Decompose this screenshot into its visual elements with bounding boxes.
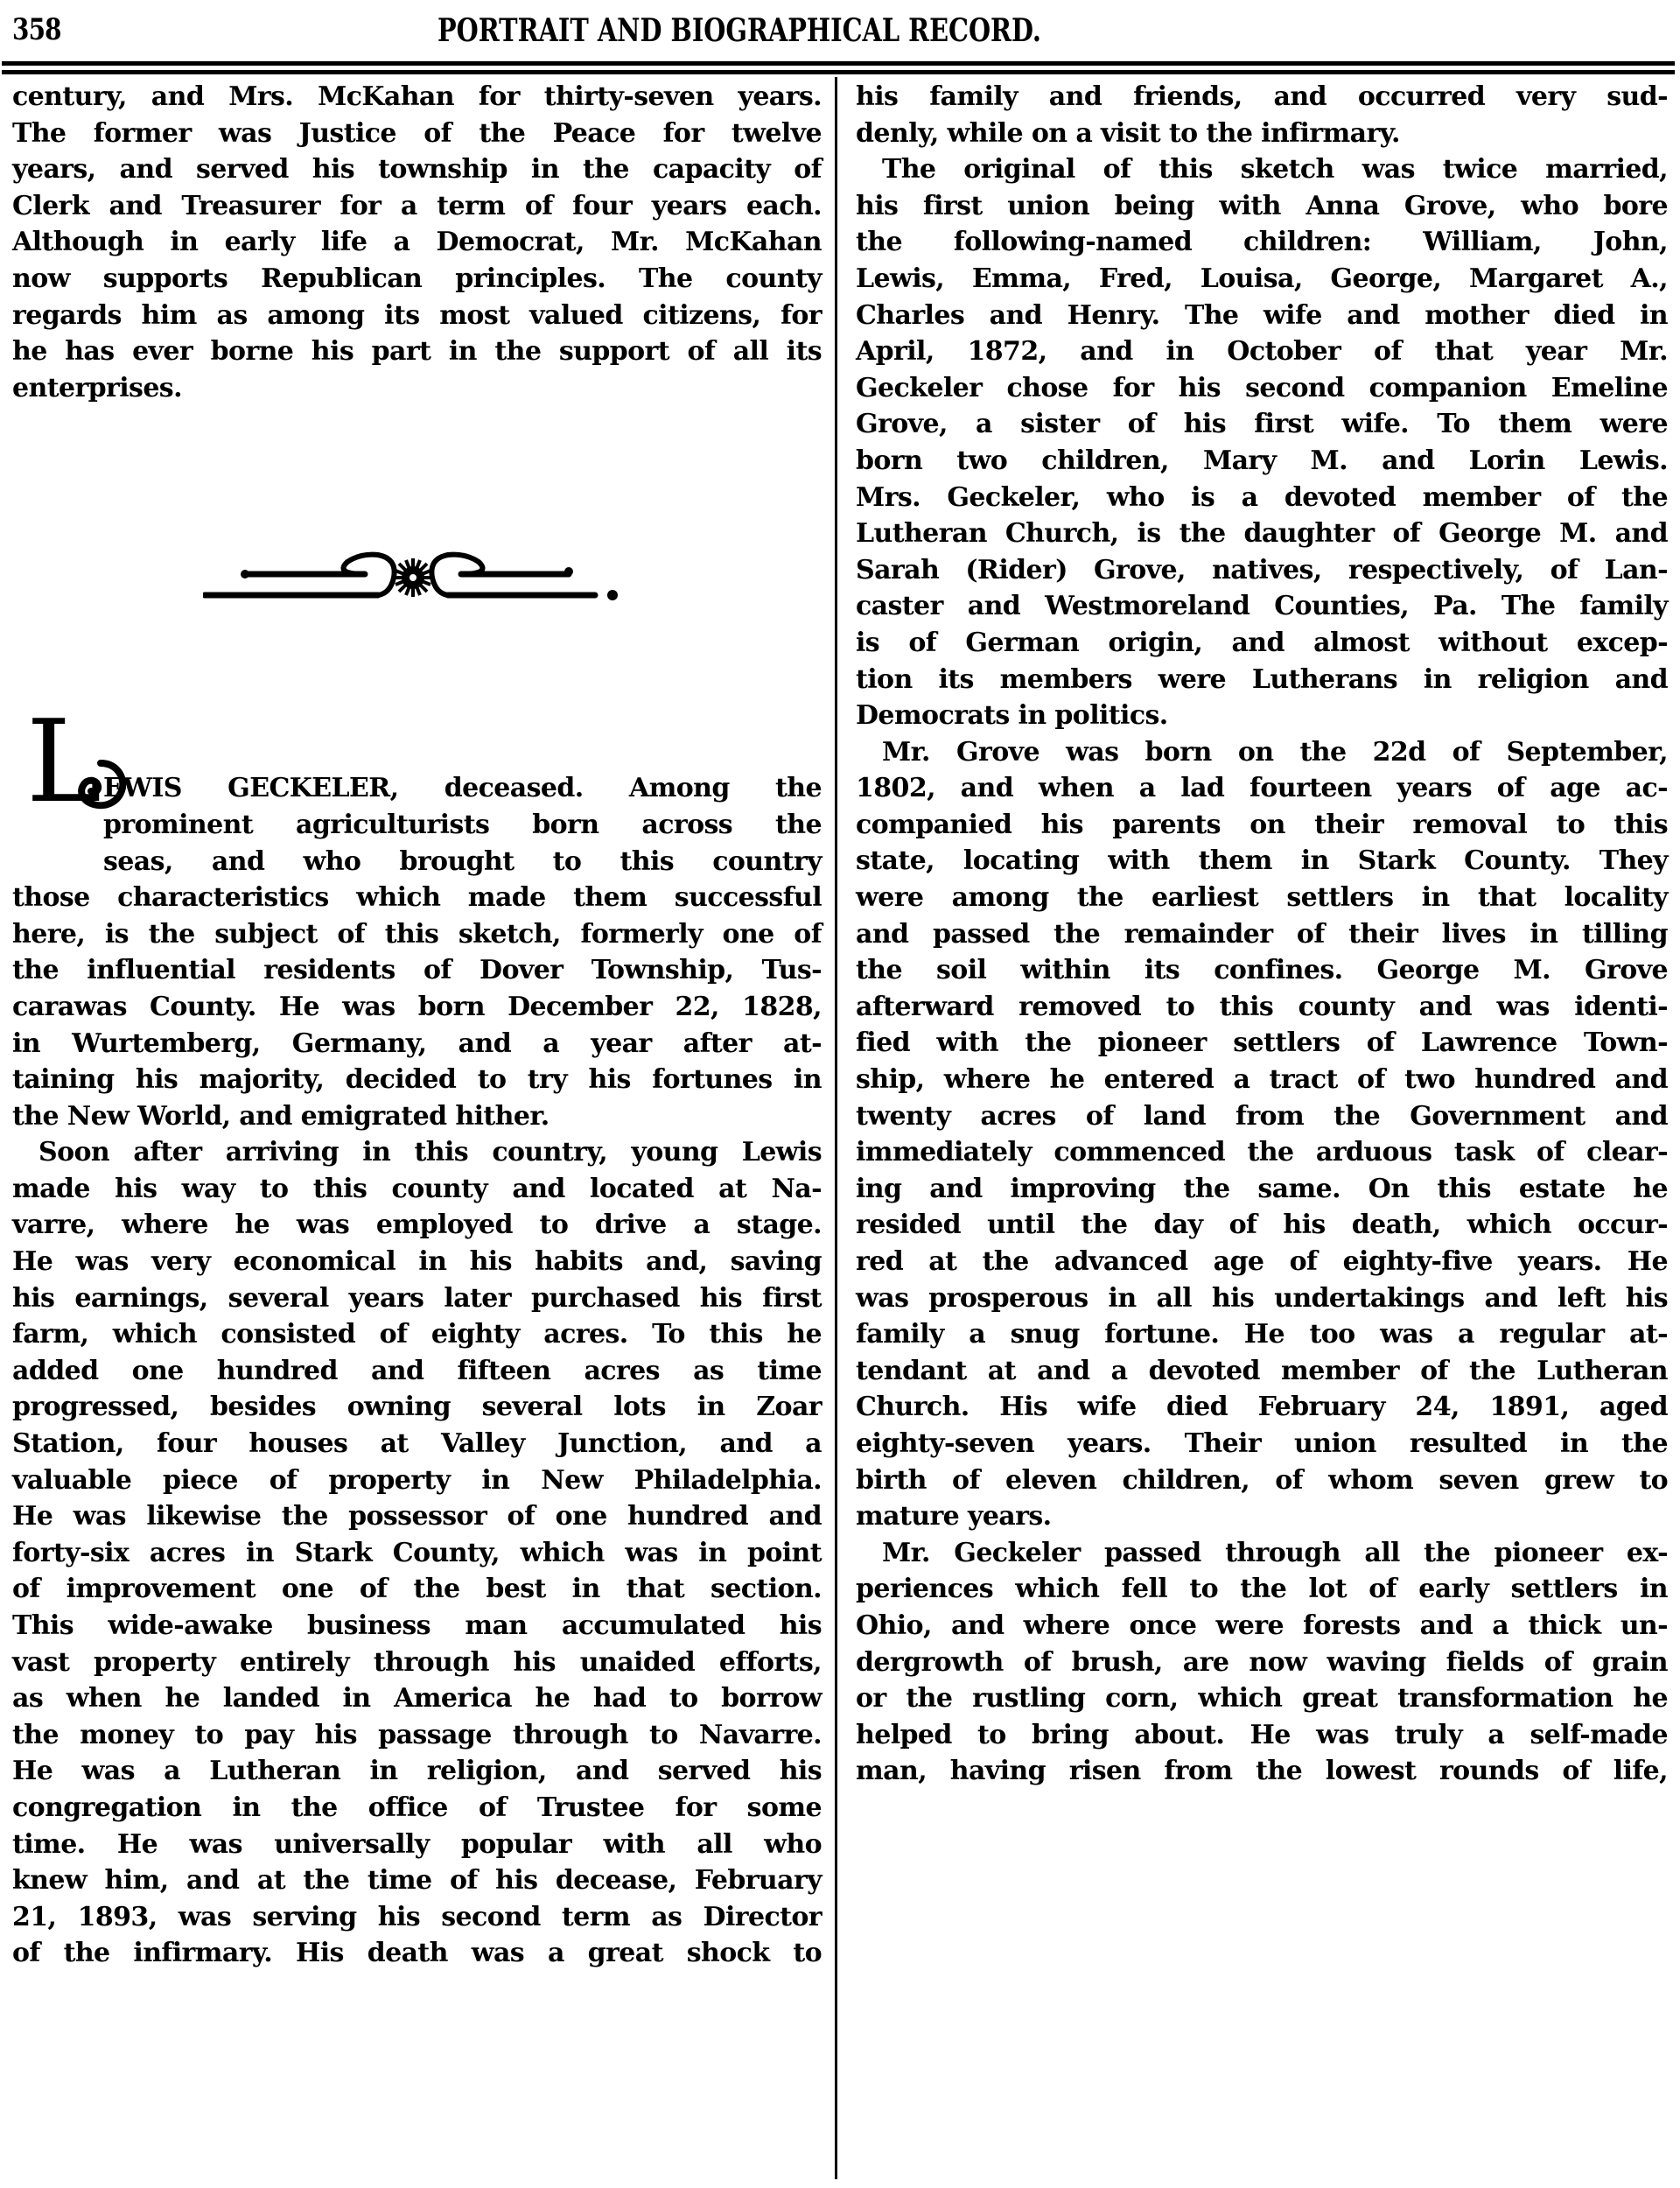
text-line: Soon after arriving in this country, you…: [12, 1134, 822, 1171]
text-line: regards him as among its most valued cit…: [12, 298, 822, 334]
section-divider-ornament-icon: [203, 543, 623, 613]
text-line: seas, and who brought to this country: [12, 844, 822, 880]
text-line: Station, four houses at Valley Junction,…: [12, 1426, 822, 1462]
text-line: here, is the subject of this sketch, for…: [12, 916, 822, 953]
text-line: birth of eleven children, of whom seven …: [856, 1462, 1668, 1499]
text-line: valuable piece of property in New Philad…: [12, 1462, 822, 1499]
text-line: Mr. Grove was born on the 22d of Septemb…: [856, 734, 1668, 771]
text-line: forty-six acres in Stark County, which w…: [12, 1535, 822, 1572]
text-line: enterprises.: [12, 370, 822, 407]
text-line: Grove, a sister of his first wife. To th…: [856, 406, 1668, 443]
text-line: was prosperous in all his undertakings a…: [856, 1280, 1668, 1317]
text-line: of the infirmary. His death was a great …: [12, 1935, 822, 1972]
text-line: made his way to this county and located …: [12, 1171, 822, 1208]
text-line: He was likewise the possessor of one hun…: [12, 1498, 822, 1535]
text-line: Lewis, Emma, Fred, Louisa, George, Marga…: [856, 261, 1668, 298]
text-line: 21, 1893, was serving his second term as…: [12, 1899, 822, 1936]
text-line: April, 1872, and in October of that year…: [856, 333, 1668, 370]
text-line: Mr. Geckeler passed through all the pion…: [856, 1535, 1668, 1572]
text-line: periences which fell to the lot of early…: [856, 1571, 1668, 1608]
text-line: Church. His wife died February 24, 1891,…: [856, 1389, 1668, 1426]
text-line: in Wurtemberg, Germany, and a year after…: [12, 1026, 822, 1062]
text-line: EWIS GECKELER, deceased. Among the: [12, 770, 822, 807]
text-line: tendant at and a devoted member of the L…: [856, 1353, 1668, 1390]
paragraph-pioneer: Mr. Geckeler passed through all the pion…: [856, 1535, 1668, 1790]
text-line: He was a Lutheran in religion, and serve…: [12, 1753, 822, 1790]
text-line: knew him, and at the time of his decease…: [12, 1862, 822, 1899]
header-rule-bottom: [2, 70, 1675, 74]
text-line: This wide-awake business man accumulated…: [12, 1608, 822, 1645]
left-column: century, and Mrs. McKahan for thirty-sev…: [12, 77, 822, 1972]
text-line: state, locating with them in Stark Count…: [856, 843, 1668, 880]
text-line: helped to bring about. He was truly a se…: [856, 1717, 1668, 1754]
text-line: vast property entirely through his unaid…: [12, 1645, 822, 1681]
right-column: his family and friends, and occurred ver…: [856, 77, 1668, 1790]
text-line: congregation in the office of Trustee fo…: [12, 1790, 822, 1827]
paragraph-marriages: The original of this sketch was twice ma…: [856, 151, 1668, 734]
header-rule-top: [2, 61, 1675, 66]
text-line: taining his majority, decided to try his…: [12, 1062, 822, 1098]
paragraph-mckahan-continued: century, and Mrs. McKahan for thirty-sev…: [12, 79, 822, 406]
page-number: 358: [12, 12, 61, 47]
text-line: his first union being with Anna Grove, w…: [856, 188, 1668, 225]
text-line: the soil within its confines. George M. …: [856, 952, 1668, 989]
text-line: now supports Republican principles. The …: [12, 261, 822, 298]
text-line: caster and Westmoreland Counties, Pa. Th…: [856, 588, 1668, 625]
text-line: ing and improving the same. On this esta…: [856, 1171, 1668, 1208]
text-line: tion its members were Lutherans in relig…: [856, 662, 1668, 698]
column-divider: [835, 77, 837, 2179]
paragraph-biography-intro: EWIS GECKELER, deceased. Among the promi…: [12, 770, 822, 1134]
text-line: afterward removed to this county and was…: [856, 989, 1668, 1026]
text-line: is of German origin, and almost without …: [856, 625, 1668, 662]
text-line: mature years.: [856, 1498, 1668, 1535]
text-line: denly, while on a visit to the infirmary…: [856, 116, 1668, 152]
text-line: The original of this sketch was twice ma…: [856, 151, 1668, 188]
text-line: resided until the day of his death, whic…: [856, 1207, 1668, 1244]
text-line: Lutheran Church, is the daughter of Geor…: [856, 515, 1668, 552]
text-line: as when he landed in America he had to b…: [12, 1680, 822, 1717]
text-line: prominent agriculturists born across the: [12, 807, 822, 844]
text-line: the influential residents of Dover Towns…: [12, 952, 822, 989]
paragraph-grove: Mr. Grove was born on the 22d of Septemb…: [856, 734, 1668, 1535]
text-line: 1802, and when a lad fourteen years of a…: [856, 770, 1668, 807]
paragraph-arrival: Soon after arriving in this country, you…: [12, 1134, 822, 1972]
text-line: varre, where he was employed to drive a …: [12, 1207, 822, 1244]
text-line: farm, which consisted of eighty acres. T…: [12, 1316, 822, 1353]
paragraph-death-continued: his family and friends, and occurred ver…: [856, 79, 1668, 151]
text-line: man, having risen from the lowest rounds…: [856, 1753, 1668, 1790]
text-line: red at the advanced age of eighty-five y…: [856, 1244, 1668, 1280]
text-line: or the rustling corn, which great transf…: [856, 1680, 1668, 1717]
text-line: eighty-seven years. Their union resulted…: [856, 1426, 1668, 1462]
text-line: of improvement one of the best in that s…: [12, 1571, 822, 1608]
text-line: century, and Mrs. McKahan for thirty-sev…: [12, 79, 822, 116]
text-line: his earnings, several years later purcha…: [12, 1280, 822, 1317]
text-line: were among the earliest settlers in that…: [856, 880, 1668, 916]
text-line: the following-named children: William, J…: [856, 224, 1668, 261]
text-line: those characteristics which made them su…: [12, 880, 822, 916]
text-line: Ohio, and where once were forests and a …: [856, 1608, 1668, 1645]
page-header: 358 PORTRAIT AND BIOGRAPHICAL RECORD.: [0, 0, 1680, 56]
text-line: and passed the remainder of their lives …: [856, 916, 1668, 953]
text-line: Although in early life a Democrat, Mr. M…: [12, 224, 822, 261]
running-title: PORTRAIT AND BIOGRAPHICAL RECORD.: [437, 12, 1067, 49]
text-line: the New World, and emigrated hither.: [12, 1098, 822, 1135]
text-line: Charles and Henry. The wife and mother d…: [856, 298, 1668, 334]
text-line: born two children, Mary M. and Lorin Lew…: [856, 443, 1668, 480]
text-line: carawas County. He was born December 22,…: [12, 989, 822, 1026]
text-line: Mrs. Geckeler, who is a devoted member o…: [856, 480, 1668, 516]
text-line: Democrats in politics.: [856, 698, 1668, 734]
text-line: Clerk and Treasurer for a term of four y…: [12, 188, 822, 225]
text-line: Geckeler chose for his second companion …: [856, 370, 1668, 407]
drop-cap-swirl-icon: [75, 760, 126, 810]
text-line: time. He was universally popular with al…: [12, 1827, 822, 1863]
text-line: immediately commenced the arduous task o…: [856, 1134, 1668, 1171]
text-line: his family and friends, and occurred ver…: [856, 79, 1668, 116]
text-line: added one hundred and fifteen acres as t…: [12, 1353, 822, 1390]
text-line: years, and served his township in the ca…: [12, 151, 822, 188]
text-line: fied with the pioneer settlers of Lawren…: [856, 1025, 1668, 1062]
text-line: twenty acres of land from the Government…: [856, 1098, 1668, 1135]
text-line: the money to pay his passage through to …: [12, 1717, 822, 1754]
text-line: He was very economical in his habits and…: [12, 1244, 822, 1280]
text-line: progressed, besides owning several lots …: [12, 1389, 822, 1426]
text-line: dergrowth of brush, are now waving field…: [856, 1645, 1668, 1681]
text-line: ship, where he entered a tract of two hu…: [856, 1062, 1668, 1098]
text-line: family a snug fortune. He too was a regu…: [856, 1316, 1668, 1353]
text-line: he has ever borne his part in the suppor…: [12, 333, 822, 370]
text-line: companied his parents on their removal t…: [856, 807, 1668, 844]
text-line: The former was Justice of the Peace for …: [12, 116, 822, 152]
text-line: Sarah (Rider) Grove, natives, respective…: [856, 552, 1668, 589]
